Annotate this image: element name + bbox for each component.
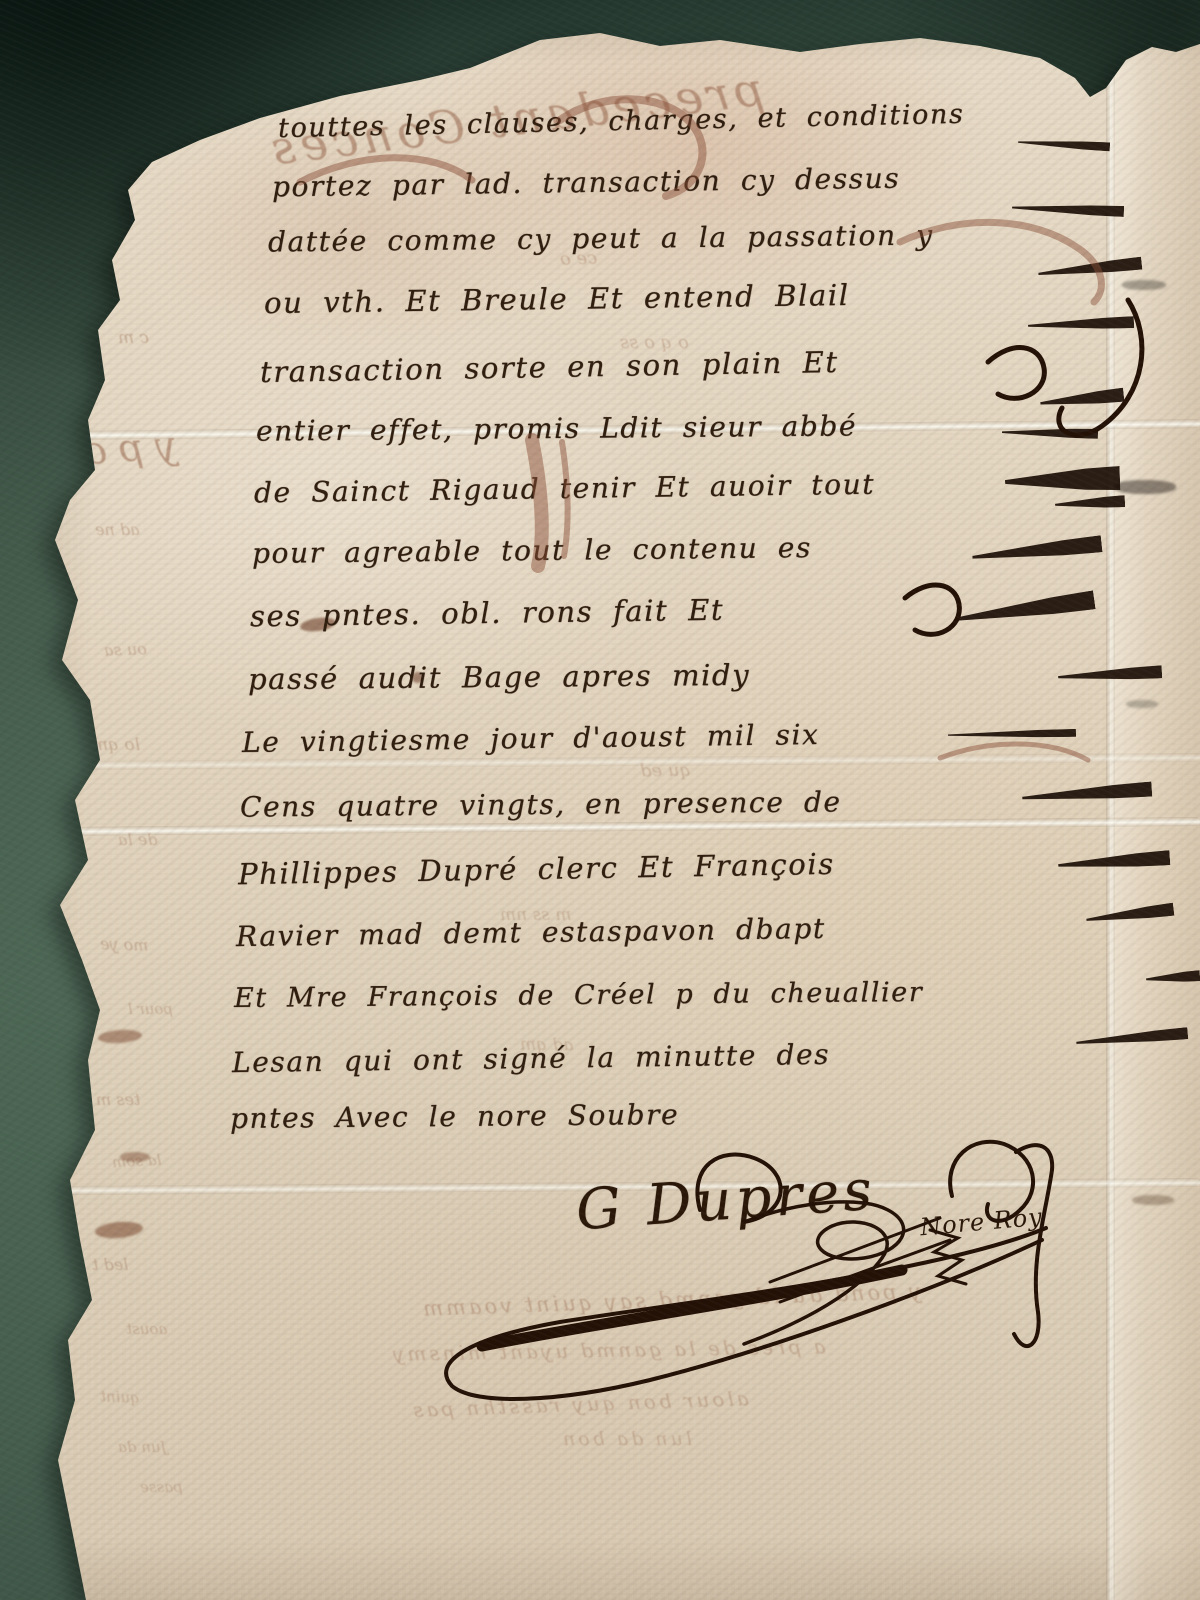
- manuscript-line: Cens quatre vingts, en presence de: [240, 785, 842, 823]
- manuscript-line: passé audit Bage apres midy: [248, 658, 750, 696]
- manuscript-line: pntes Avec le nore Soubre: [230, 1098, 680, 1135]
- ink-smudge: [1114, 480, 1176, 494]
- bleedthrough-text: quint: [100, 1387, 140, 1406]
- notary-title-abbreviation: Nore Roy: [919, 1203, 1044, 1242]
- line-filler-dash: [1018, 138, 1110, 152]
- manuscript-line: portez par lad. transaction cy dessus: [272, 162, 901, 204]
- bleedthrough-text: lun da bon: [560, 1428, 692, 1450]
- ink-smudge: [1122, 280, 1166, 290]
- bleedthrough-text: Jun da: [118, 1438, 167, 1456]
- manuscript-line: dattée comme cy peut a la passation y: [268, 219, 934, 259]
- manuscript-line: transaction sorte en son plain Et: [260, 345, 839, 389]
- bleedthrough-text: c m: [118, 328, 149, 348]
- manuscript-line: ses pntes. obl. rons fait Et: [250, 593, 725, 634]
- bleedthrough-text: pour l: [128, 1000, 173, 1018]
- manuscript-paper-sheet: precedant Conces y p o c m ad ne ou sa l…: [0, 0, 1200, 1600]
- manuscript-line: Ravier mad demt estaspavon dbapt: [236, 912, 826, 953]
- bleedthrough-text: y p o: [83, 423, 179, 473]
- manuscript-line: de Sainct Rigaud tenir Et auoir tout: [254, 468, 876, 510]
- line-filler-dash: [954, 590, 1095, 628]
- bleedthrough-text: passe: [140, 1478, 183, 1496]
- bleedthrough-text: tes m: [96, 1090, 140, 1109]
- fold-crease-middle-faint: [55, 753, 1200, 770]
- bleedthrough-text: aoust: [126, 1320, 167, 1338]
- ink-smudge: [1132, 1195, 1174, 1205]
- paper-shadow-wrap: precedant Conces y p o c m ad ne ou sa l…: [0, 0, 1200, 1600]
- manuscript-line: entier effet, promis Ldit sieur abbé: [256, 409, 857, 447]
- bleedthrough-text: ou sa: [104, 639, 147, 659]
- ink-blot: [98, 1028, 143, 1044]
- bleedthrough-text: led t: [92, 1255, 128, 1274]
- manuscript-line: Le vingtiesme jour d'aoust mil six: [242, 718, 820, 759]
- bleedthrough-text: ad ne: [95, 520, 140, 539]
- bleedthrough-text: y pond du ld ganmd say quint voamm: [420, 1279, 922, 1320]
- manuscript-line: pour agreable tout le contenu es: [252, 531, 812, 570]
- bleedthrough-text: a pres de la ganmd uyant minsmy: [390, 1334, 826, 1366]
- bleedthrough-text: mo ye: [100, 934, 149, 955]
- line-filler-dash: [948, 729, 1076, 739]
- line-filler-dash-heavy: [1005, 466, 1121, 494]
- line-filler-dash: [971, 535, 1102, 565]
- ink-smudge: [1126, 700, 1158, 708]
- ink-blot: [94, 1220, 143, 1240]
- manuscript-line: touttes les clauses, charges, et conditi…: [278, 99, 965, 144]
- bleedthrough-text: qu ed: [640, 760, 691, 782]
- manuscript-line: ou vth. Et Breule Et entend Blail: [264, 278, 850, 320]
- bleedthrough-text: alour bon quy rassthn pas: [410, 1386, 749, 1422]
- photograph-of-manuscript: precedant Conces y p o c m ad ne ou sa l…: [0, 0, 1200, 1600]
- manuscript-line: Et Mre François de Créel p du cheuallier: [234, 977, 924, 1014]
- manuscript-line: Phillippes Dupré clerc Et François: [238, 847, 835, 891]
- manuscript-line: Lesan qui ont signé la minutte des: [232, 1038, 831, 1079]
- ink-blot: [120, 1152, 150, 1162]
- bleedthrough-text: de la: [118, 830, 157, 849]
- bleedthrough-text: lo qm: [92, 735, 140, 755]
- notary-signature: G Dupres: [574, 1158, 878, 1244]
